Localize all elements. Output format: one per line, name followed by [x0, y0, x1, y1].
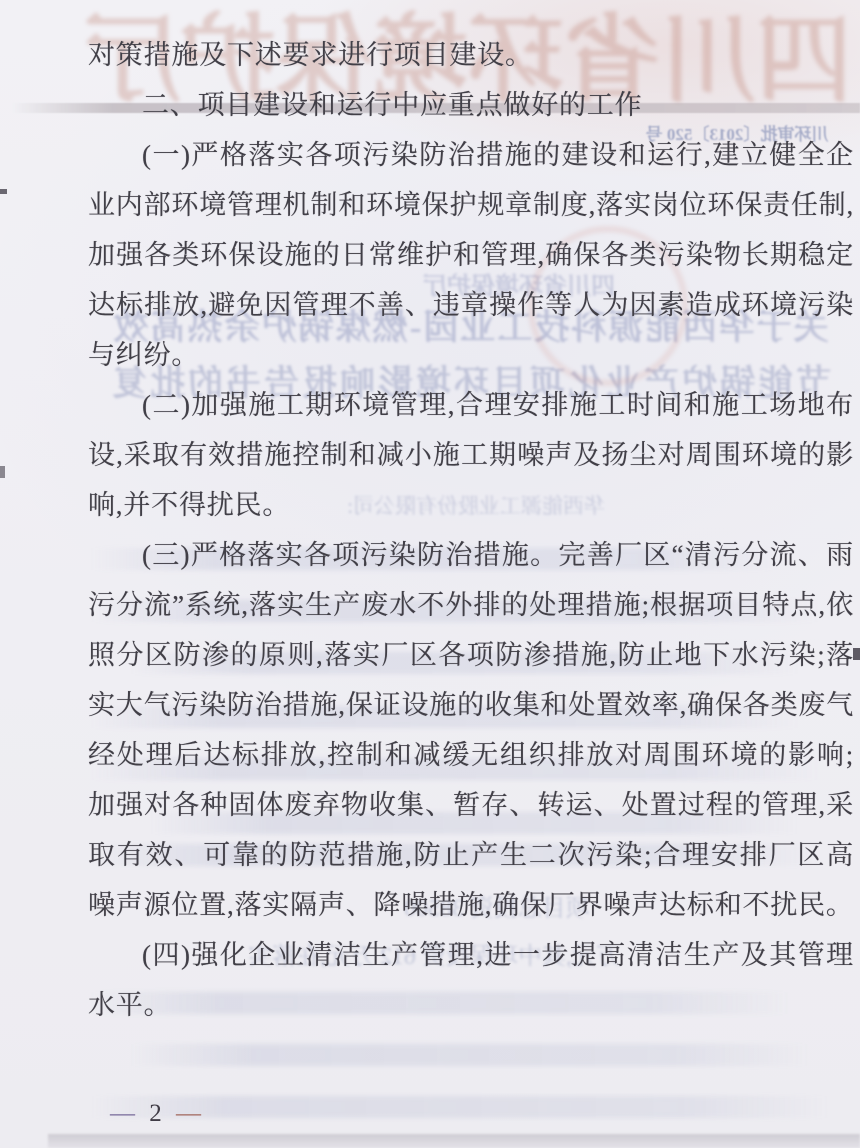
page-number-dash-left: — [110, 1100, 139, 1127]
paragraph-item-2: (二)加强施工期环境管理,合理安排施工时间和施工场地布设,采取有效措施控制和减小… [88, 380, 854, 530]
scan-artifact [0, 466, 5, 478]
paragraph-intro-continuation: 对策措施及下述要求进行项目建设。 [88, 30, 854, 80]
document-body: 对策措施及下述要求进行项目建设。二、项目建设和运行中应重点做好的工作(一)严格落… [88, 30, 854, 1030]
bleedthrough-smudge [130, 1044, 810, 1066]
scan-artifact [0, 189, 7, 194]
page-number-value: 2 [149, 1100, 166, 1127]
page-number: — 2 — [110, 1100, 205, 1128]
scanned-document-page: 四川省环境保护厅 川环审批〔2013〕520 号 四川省环境保护厅 关于华西能源… [0, 0, 860, 1148]
scan-artifact [853, 648, 860, 660]
paragraph-item-4: (四)强化企业清洁生产管理,进一步提高清洁生产及其管理水平。 [88, 930, 854, 1030]
scan-shadow-bottom [48, 1134, 860, 1148]
page-number-dash-right: — [176, 1100, 205, 1127]
paragraph-section-2-heading: 二、项目建设和运行中应重点做好的工作 [88, 80, 854, 130]
paragraph-item-1: (一)严格落实各项污染防治措施的建设和运行,建立健全企业内部环境管理机制和环境保… [88, 130, 854, 380]
paragraph-item-3: (三)严格落实各项污染防治措施。完善厂区“清污分流、雨污分流”系统,落实生产废水… [88, 530, 854, 930]
